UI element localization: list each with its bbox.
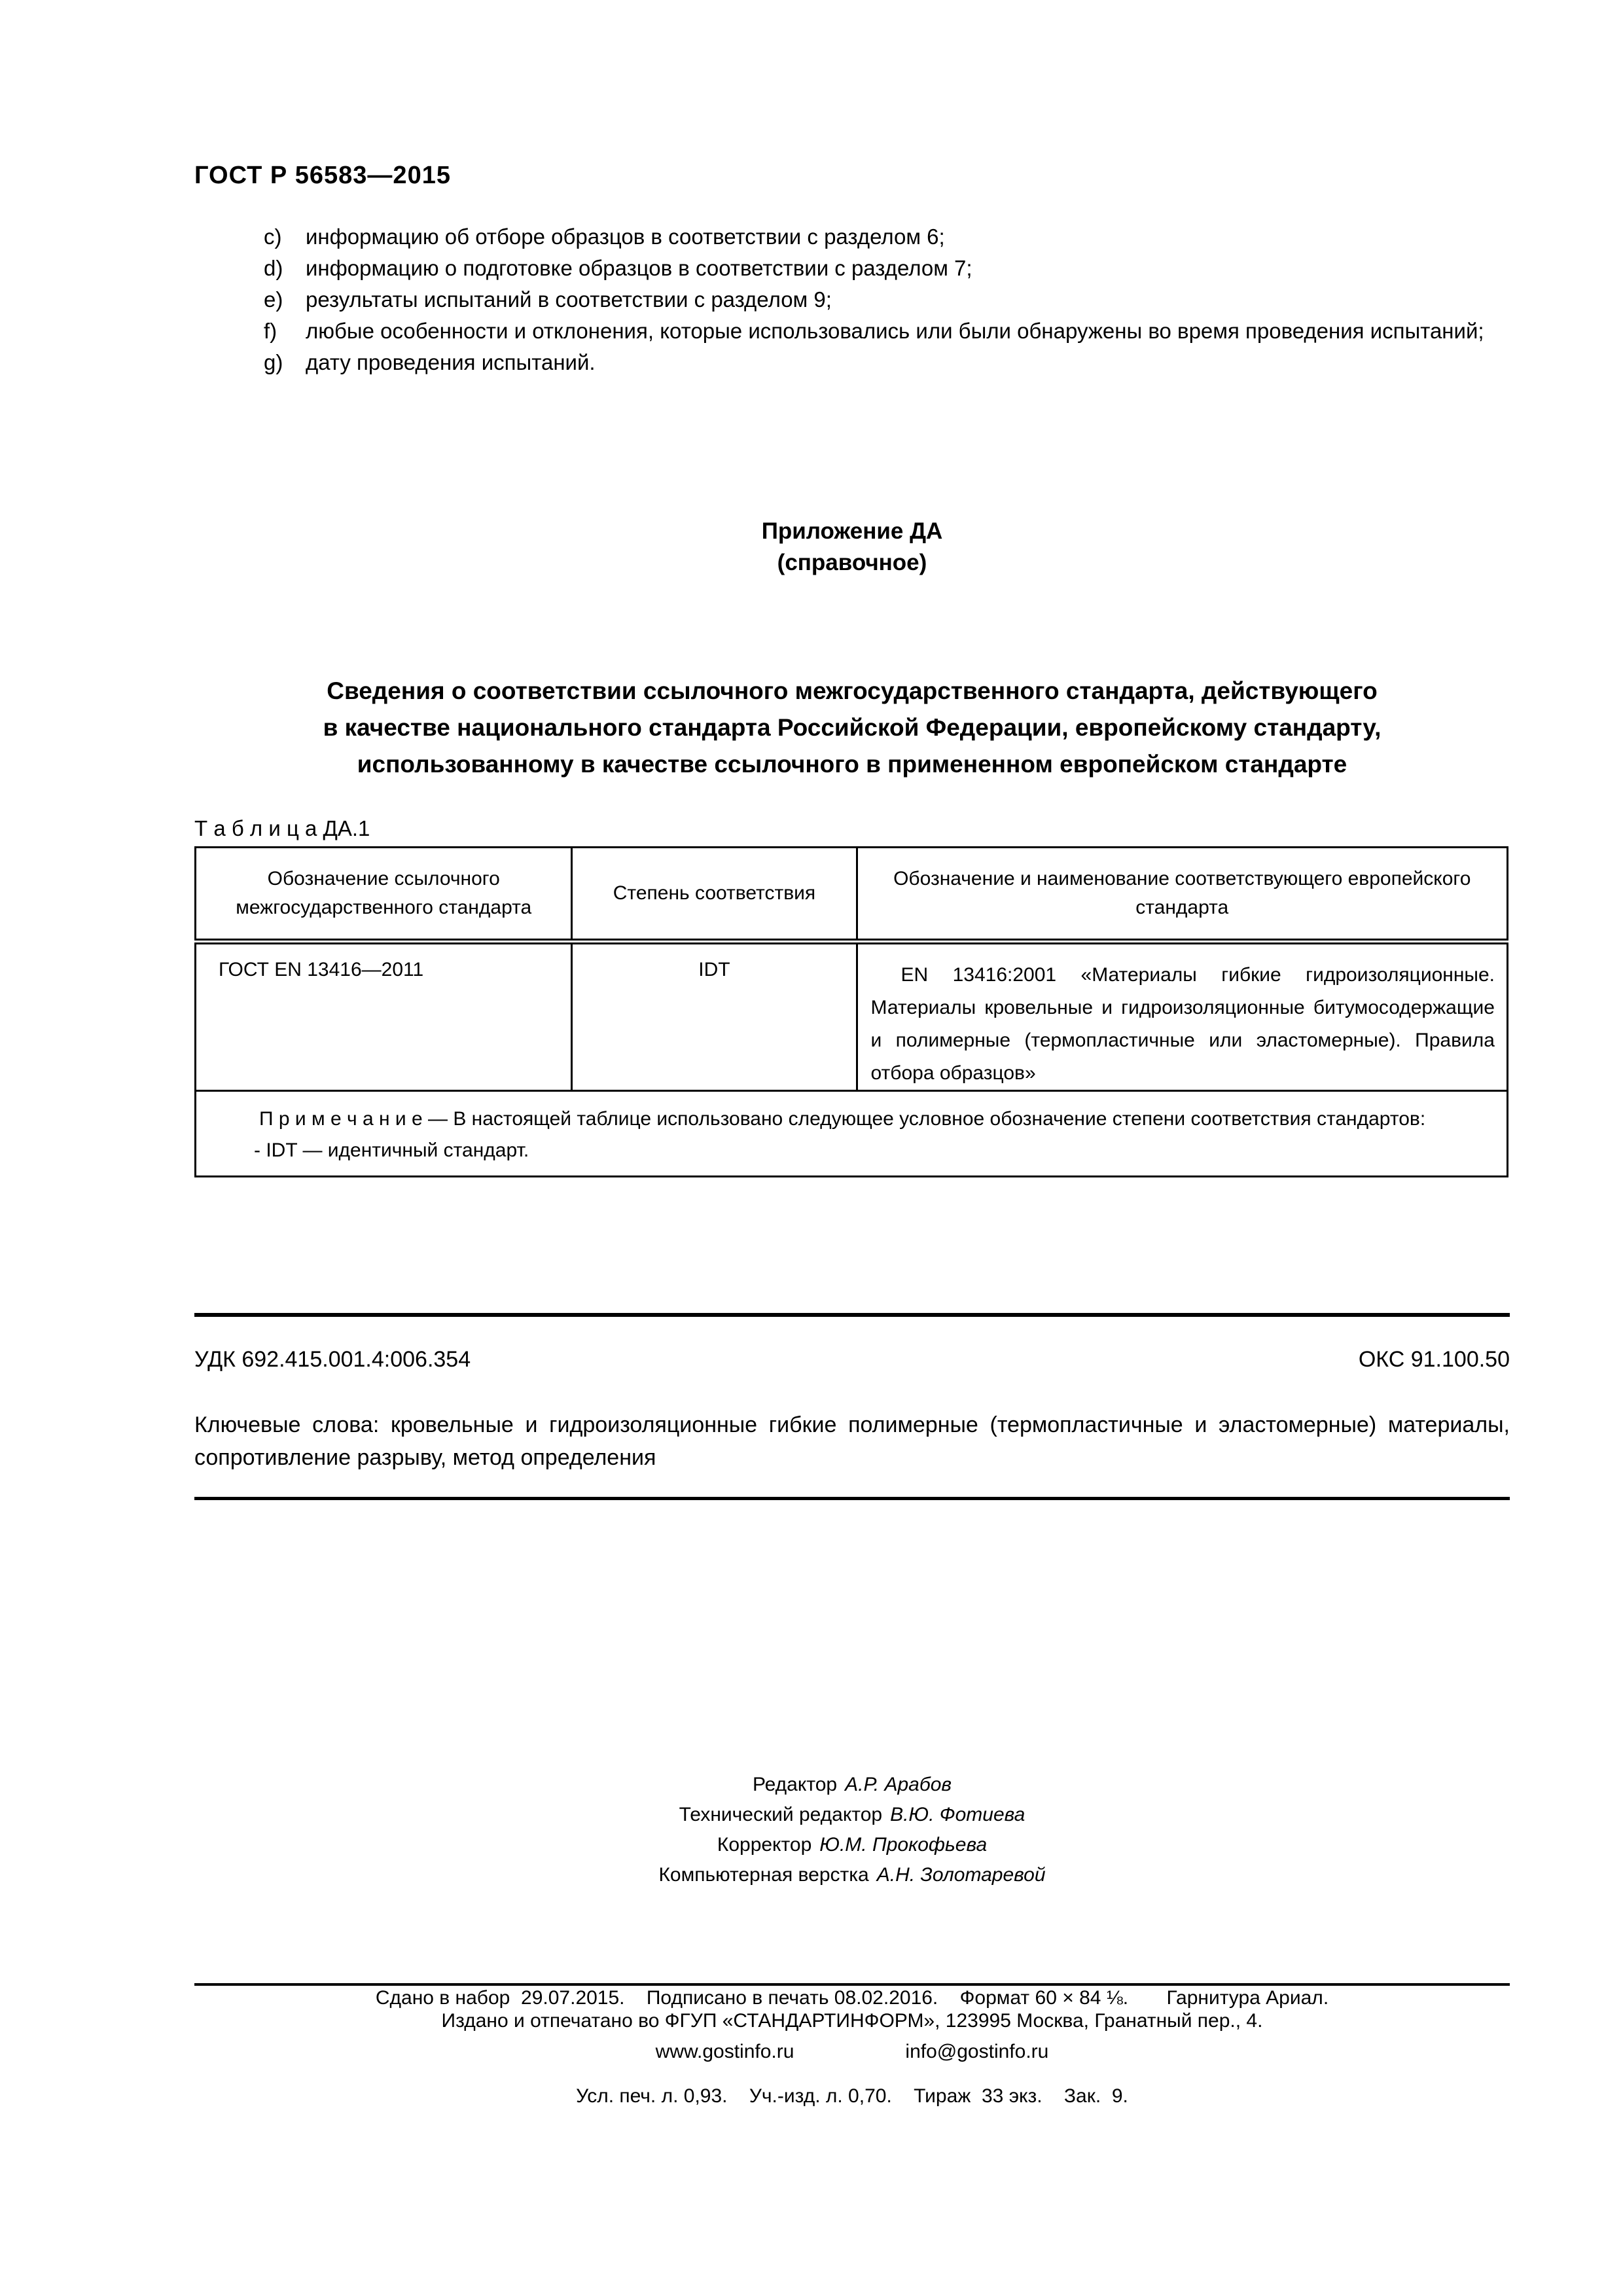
cell-european-standard: EN 13416:2001 «Материалы гибкие гидроизо…	[857, 942, 1508, 1091]
publisher-website: www.gostinfo.ru	[656, 2036, 794, 2067]
list-item-label: g)	[264, 347, 306, 378]
list-item-e: e)результаты испытаний в соответствии с …	[194, 284, 1510, 315]
editor-name: Ю.М. Прокофьева	[819, 1834, 987, 1856]
editor-role: Компьютерная верстка	[658, 1864, 868, 1886]
appendix-title-block: Приложение ДА (справочное)	[194, 516, 1510, 579]
column-header-degree: Степень соответствия	[572, 848, 857, 942]
appendix-heading: Сведения о соответствии ссылочного межго…	[194, 673, 1510, 783]
list-item-label: d)	[264, 253, 306, 284]
table-header-row: Обозначение ссылочного межгосударственно…	[196, 848, 1508, 942]
appendix-heading-line: использованному в качестве ссылочного в …	[194, 746, 1510, 783]
horizontal-rule	[194, 1983, 1510, 1986]
publisher-block: Издано и отпечатано во ФГУП «СТАНДАРТИНФ…	[194, 2005, 1510, 2067]
appendix-heading-line: Сведения о соответствии ссылочного межго…	[194, 673, 1510, 709]
horizontal-rule	[194, 1497, 1510, 1500]
editor-name: А.Р. Арабов	[845, 1774, 952, 1795]
list-item-label: c)	[264, 221, 306, 253]
table-note-text: П р и м е ч а н и е — В настоящей таблиц…	[212, 1103, 1491, 1135]
correspondence-table: Обозначение ссылочного межгосударственно…	[194, 846, 1508, 1177]
list-item-d: d)информацию о подготовке образцов в соо…	[194, 253, 1510, 284]
horizontal-rule	[194, 1313, 1510, 1317]
publisher-email: info@gostinfo.ru	[905, 2036, 1048, 2067]
keywords-paragraph: Ключевые слова: кровельные и гидроизоляц…	[194, 1408, 1510, 1474]
editor-line: Компьютерная версткаА.Н. Золотаревой	[194, 1860, 1510, 1890]
editor-role: Корректор	[717, 1834, 811, 1856]
table-note-row: П р и м е ч а н и е — В настоящей таблиц…	[196, 1091, 1508, 1177]
list-item-label: f)	[264, 315, 306, 347]
publisher-contacts: www.gostinfo.ru info@gostinfo.ru	[194, 2036, 1510, 2067]
appendix-subtitle: (справочное)	[194, 547, 1510, 579]
table-note-cell: П р и м е ч а н и е — В настоящей таблиц…	[196, 1091, 1508, 1177]
appendix-title: Приложение ДА	[194, 516, 1510, 547]
list-item-f: f)любые особенности и отклонения, которы…	[194, 315, 1510, 347]
cell-reference-standard: ГОСТ EN 13416—2011	[196, 942, 572, 1091]
list-item-c: c)информацию об отборе образцов в соотве…	[194, 221, 1510, 253]
list-item-text: дату проведения испытаний.	[306, 350, 596, 374]
list-item-g: g)дату проведения испытаний.	[194, 347, 1510, 378]
appendix-heading-line: в качестве национального стандарта Росси…	[194, 709, 1510, 746]
table-caption: Т а б л и ц а ДА.1	[194, 816, 370, 841]
editor-role: Технический редактор	[679, 1804, 882, 1825]
list-item-text: информацию об отборе образцов в соответс…	[306, 224, 945, 249]
editor-name: В.Ю. Фотиева	[890, 1804, 1025, 1825]
document-page: ГОСТ Р 56583—2015 c)информацию об отборе…	[0, 0, 1623, 2296]
list-item-text: информацию о подготовке образцов в соотв…	[306, 256, 972, 280]
editors-block: РедакторА.Р. Арабов Технический редактор…	[194, 1770, 1510, 1890]
editor-line: Технический редакторВ.Ю. Фотиева	[194, 1800, 1510, 1830]
editor-line: РедакторА.Р. Арабов	[194, 1770, 1510, 1800]
column-header-reference-standard: Обозначение ссылочного межгосударственно…	[196, 848, 572, 942]
udk-code: УДК 692.415.001.4:006.354	[194, 1347, 471, 1372]
list-item-text: любые особенности и отклонения, которые …	[306, 319, 1484, 343]
table-row: ГОСТ EN 13416—2011 IDT EN 13416:2001 «Ма…	[196, 942, 1508, 1091]
print-info-line: Усл. печ. л. 0,93. Уч.-изд. л. 0,70. Тир…	[194, 2080, 1510, 2113]
list-item-text: результаты испытаний в соответствии с ра…	[306, 287, 832, 312]
lettered-list: c)информацию об отборе образцов в соотве…	[194, 221, 1510, 378]
oks-code: ОКС 91.100.50	[1359, 1347, 1510, 1372]
column-header-european-standard: Обозначение и наименование соответствующ…	[857, 848, 1508, 942]
editor-role: Редактор	[753, 1774, 837, 1795]
publisher-address: Издано и отпечатано во ФГУП «СТАНДАРТИНФ…	[194, 2005, 1510, 2036]
editor-name: А.Н. Золотаревой	[877, 1864, 1046, 1886]
editor-line: КорректорЮ.М. Прокофьева	[194, 1830, 1510, 1860]
list-item-label: e)	[264, 284, 306, 315]
running-head-standard-number: ГОСТ Р 56583—2015	[194, 162, 451, 190]
table-note-idt: - IDT — идентичный стандарт.	[212, 1135, 1491, 1166]
udk-oks-row: УДК 692.415.001.4:006.354 ОКС 91.100.50	[194, 1347, 1510, 1372]
cell-degree: IDT	[572, 942, 857, 1091]
